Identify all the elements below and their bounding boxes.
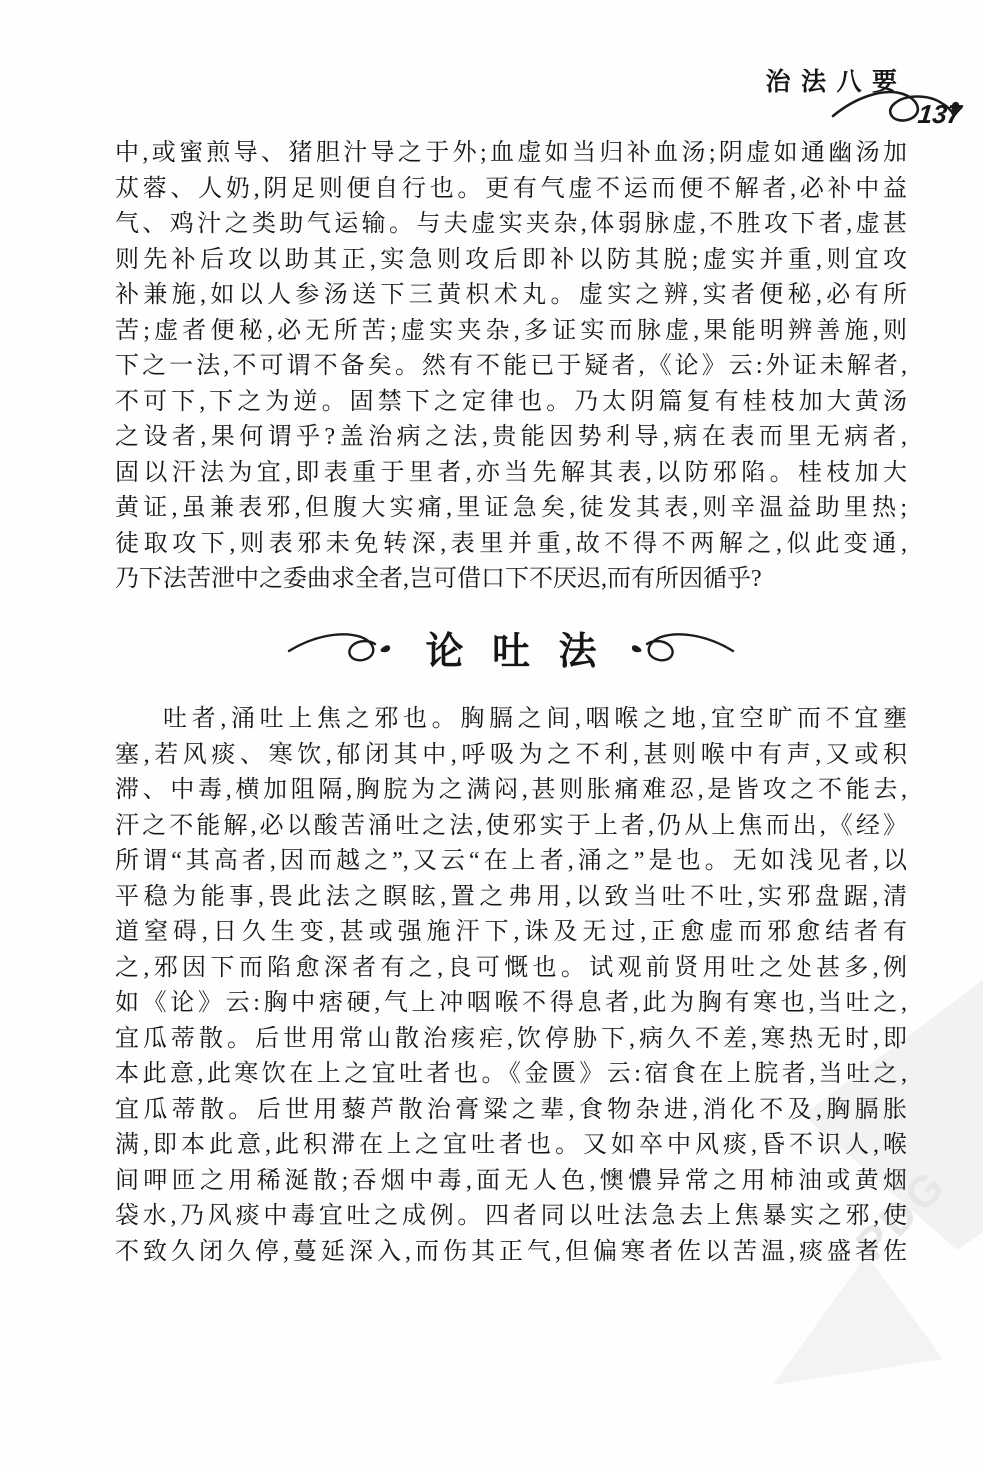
text-line: 乃下法苦泄中之委曲求全者,岂可借口下不厌迟,而有所因循乎? [115, 562, 907, 598]
text-line: 不可下,下之为逆。固禁下之定律也。乃太阴篇复有桂枝加大黄汤 [115, 385, 907, 421]
text-line: 补兼施,如以人参汤送下三黄枳术丸。虚实之辨,实者便秘,必有所 [115, 278, 907, 314]
text-line: 宜瓜蒂散。后世用藜芦散治膏粱之辈,食物杂进,消化不及,胸膈胀 [115, 1093, 907, 1129]
section-title: 论吐法 [425, 620, 625, 675]
text-line: 平稳为能事,畏此法之瞑眩,置之弗用,以致当吐不吐,实邪盘踞,清 [115, 880, 907, 916]
watermark-shape [773, 1255, 943, 1385]
text-line: 气、鸡汁之类助气运输。与夫虚实夹杂,体弱脉虚,不胜攻下者,虚甚 [115, 207, 907, 243]
paragraph-emetic-method: 吐者,涌吐上焦之邪也。胸膈之间,咽喉之地,宜空旷而不宜壅塞,若风痰、寒饮,郁闭其… [115, 702, 907, 1270]
text-line: 下之一法,不可谓不备矣。然有不能已于疑者,《论》云:外证未解者, [115, 349, 907, 385]
text-line: 所谓“其高者,因而越之”,又云“在上者,涌之”是也。无如浅见者,以 [115, 844, 907, 880]
text-line: 道窒碍,日久生变,甚或强施汗下,诛及无过,正愈虚而邪愈结者有 [115, 915, 907, 951]
text-line: 吐者,涌吐上焦之邪也。胸膈之间,咽喉之地,宜空旷而不宜壅 [115, 702, 907, 738]
text-line: 之设者,果何谓乎?盖治病之法,贵能因势利导,病在表而里无病者, [115, 420, 907, 456]
text-line: 间呷匝之用稀涎散;吞烟中毒,面无人色,懊憹异常之用柿油或黄烟 [115, 1164, 907, 1200]
paragraph-continuation: 中,或蜜煎导、猪胆汁导之于外;血虚如当归补血汤;阴虚如通幽汤加苁蓉、人奶,阴足则… [115, 136, 907, 598]
text-line: 袋水,乃风痰中毒宜吐之成例。四者同以吐法急去上焦暴实之邪,使 [115, 1199, 907, 1235]
text-line: 满,即本此意,此积滞在上之宜吐者也。又如卒中风痰,昏不识人,喉 [115, 1128, 907, 1164]
text-line: 固以汗法为宜,即表重于里者,亦当先解其表,以防邪陷。桂枝加大 [115, 456, 907, 492]
book-page: PDG 治法八要 137 中,或蜜煎导、猪胆汁导之于外;血虚如当归补血汤;阴虚如… [0, 0, 983, 1470]
text-line: 宜瓜蒂散。后世用常山散治痎疟,饮停胁下,病久不差,寒热无时,即 [115, 1022, 907, 1058]
text-line: 本此意,此寒饮在上之宜吐者也。《金匮》云:宿食在上脘者,当吐之, [115, 1057, 907, 1093]
section-heading: 论吐法 [115, 616, 907, 678]
text-line: 滞、中毒,横加阻隔,胸脘为之满闷,甚则胀痛难忍,是皆攻之不能去, [115, 773, 907, 809]
page-number: 137 [916, 99, 963, 130]
text-line: 徒取攻下,则表邪未免转深,表里并重,故不得不两解之,似此变通, [115, 527, 907, 563]
text-line: 之,邪因下而陷愈深者有之,良可慨也。试观前贤用吐之处甚多,例 [115, 951, 907, 987]
heading-flourish-left-icon [287, 627, 405, 667]
text-line: 中,或蜜煎导、猪胆汁导之于外;血虚如当归补血汤;阴虚如通幽汤加 [115, 136, 907, 172]
text-line: 不致久闭久停,蔓延深入,而伤其正气,但偏寒者佐以苦温,痰盛者佐 [115, 1235, 907, 1271]
text-line: 则先补后攻以助其正,实急则攻后即补以防其脱;虚实并重,则宜攻 [115, 243, 907, 279]
text-line: 苦;虚者便秘,必无所苦;虚实夹杂,多证实而脉虚,果能明辨善施,则 [115, 314, 907, 350]
text-line: 汗之不能解,必以酸苦涌吐之法,使邪实于上者,仍从上焦而出,《经》 [115, 809, 907, 845]
text-line: 黄证,虽兼表邪,但腹大实痛,里证急矣,徒发其表,则辛温益助里热; [115, 491, 907, 527]
text-line: 如《论》云:胸中痞硬,气上冲咽喉不得息者,此为胸有寒也,当吐之, [115, 986, 907, 1022]
text-line: 塞,若风痰、寒饮,郁闭其中,呼吸为之不利,甚则喉中有声,又或积 [115, 738, 907, 774]
heading-flourish-right-icon [617, 627, 735, 667]
text-line: 苁蓉、人奶,阴足则便自行也。更有气虚不运而便不解者,必补中益 [115, 172, 907, 208]
